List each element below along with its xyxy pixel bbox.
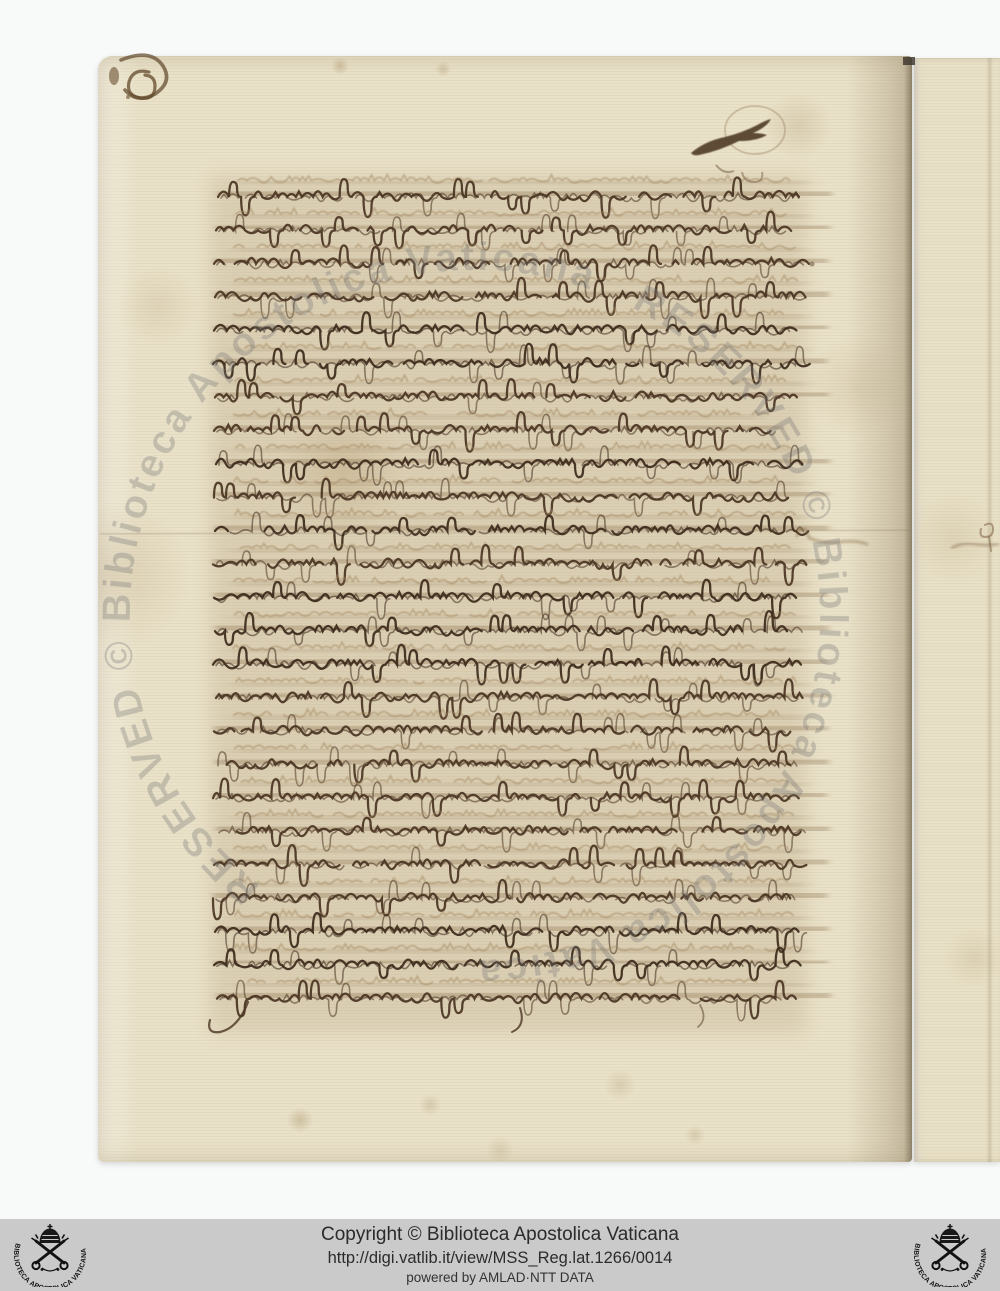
footer-powered-by: powered by AMLAD·NTT DATA xyxy=(406,1270,594,1287)
papal-keys-tiara-emblem xyxy=(932,1224,969,1271)
manuscript-page xyxy=(98,56,912,1162)
papal-keys-tiara-emblem xyxy=(32,1224,69,1271)
copyright-footer-bar: BIBLIOTECA APOSTOLICA VATICANA Copyright… xyxy=(0,1219,1000,1291)
footer-copyright: Copyright © Biblioteca Apostolica Vatica… xyxy=(321,1223,679,1247)
vatican-library-logo-right: BIBLIOTECA APOSTOLICA VATICANA xyxy=(902,1223,998,1287)
scan-canvas: RESERVED © Biblioteca Apostolica Vatican… xyxy=(0,0,1000,1291)
logo-ring-text: BIBLIOTECA APOSTOLICA VATICANA xyxy=(912,1242,988,1287)
logo-ring-text: BIBLIOTECA APOSTOLICA VATICANA xyxy=(12,1242,88,1287)
footer-url: http://digi.vatlib.it/view/MSS_Reg.lat.1… xyxy=(328,1248,673,1269)
vatican-library-logo-left: BIBLIOTECA APOSTOLICA VATICANA xyxy=(2,1223,98,1287)
facing-page-edge xyxy=(914,58,1000,1162)
footer-text-block: Copyright © Biblioteca Apostolica Vatica… xyxy=(100,1223,900,1287)
